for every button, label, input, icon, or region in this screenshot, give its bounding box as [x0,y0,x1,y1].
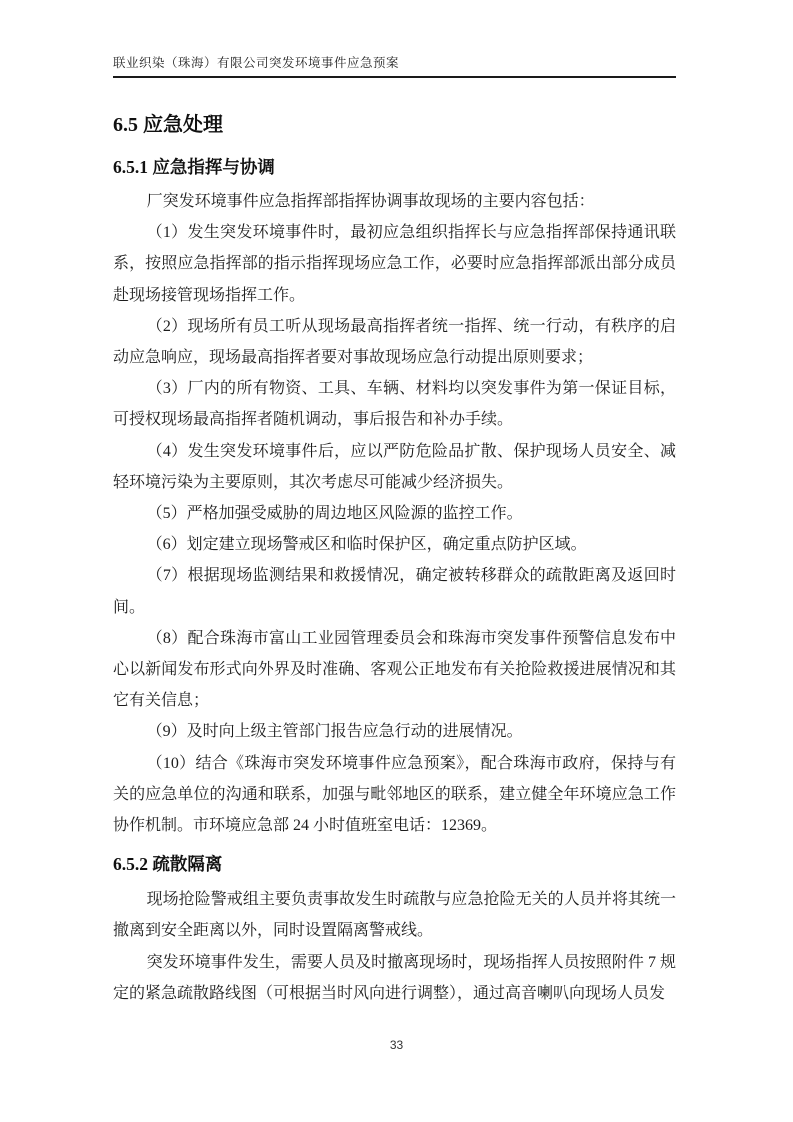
page-content: 联业织染（珠海）有限公司突发环境事件应急预案 6.5 应急处理 6.5.1 应急… [113,56,676,1009]
list-item-1: （1）发生突发环境事件时，最初应急组织指挥长与应急指挥部保持通讯联系，按照应急指… [113,217,676,311]
list-item-9: （9）及时向上级主管部门报告应急行动的进展情况。 [113,716,676,747]
list-item-5: （5）严格加强受威胁的周边地区风险源的监控工作。 [113,498,676,529]
list-item-4: （4）发生突发环境事件后，应以严防危险品扩散、保护现场人员安全、减轻环境污染为主… [113,436,676,498]
list-item-8: （8）配合珠海市富山工业园管理委员会和珠海市突发事件预警信息发布中心以新闻发布形… [113,623,676,717]
section-heading-6-5: 6.5 应急处理 [113,112,676,138]
section-heading-6-5-2: 6.5.2 疏散隔离 [113,852,676,876]
document-page: 联业织染（珠海）有限公司突发环境事件应急预案 6.5 应急处理 6.5.1 应急… [0,0,793,1122]
list-item-3: （3）厂内的所有物资、工具、车辆、材料均以突发事件为第一保证目标，可授权现场最高… [113,373,676,435]
list-item-6: （6）划定建立现场警戒区和临时保护区，确定重点防护区域。 [113,529,676,560]
page-number: 33 [0,1038,793,1052]
paragraph-2: 突发环境事件发生，需要人员及时撤离现场时，现场指挥人员按照附件 7 规定的紧急疏… [113,947,676,1009]
paragraph-1: 现场抢险警戒组主要负责事故发生时疏散与应急抢险无关的人员并将其统一撤离到安全距离… [113,884,676,946]
list-item-10: （10）结合《珠海市突发环境事件应急预案》，配合珠海市政府，保持与有关的应急单位… [113,748,676,842]
section-6-5-2-body: 现场抢险警戒组主要负责事故发生时疏散与应急抢险无关的人员并将其统一撤离到安全距离… [113,884,676,1009]
intro-paragraph: 厂突发环境事件应急指挥部指挥协调事故现场的主要内容包括： [113,186,676,217]
document-header: 联业织染（珠海）有限公司突发环境事件应急预案 [113,56,676,78]
list-item-7: （7）根据现场监测结果和救援情况，确定被转移群众的疏散距离及返回时间。 [113,560,676,622]
section-heading-6-5-1: 6.5.1 应急指挥与协调 [113,155,676,179]
section-6-5-1-body: 厂突发环境事件应急指挥部指挥协调事故现场的主要内容包括： （1）发生突发环境事件… [113,186,676,841]
list-item-2: （2）现场所有员工听从现场最高指挥者统一指挥、统一行动，有秩序的启动应急响应，现… [113,311,676,373]
